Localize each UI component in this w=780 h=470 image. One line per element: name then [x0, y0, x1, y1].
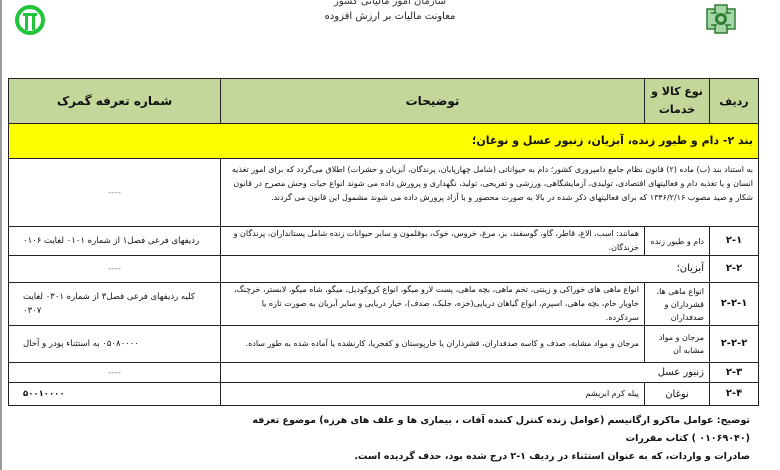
table-row: ۲-۲-۱ انواع ماهی ها، قشرداران و صدفداران…: [9, 283, 759, 326]
intro-tariff: ----: [9, 159, 221, 227]
row-goods: آبزیان؛: [221, 256, 710, 283]
emblem-logo-icon: [706, 4, 736, 34]
row-tariff: ۰۵۰۸۰۰۰۰ به استثناء پودر و آخال: [9, 326, 221, 363]
table-row: ۲-۲ آبزیان؛ ----: [9, 256, 759, 283]
row-tariff: ۵۰۰۱۰۰۰۰: [9, 383, 221, 406]
row-tariff: ردیفهای فرعی فصل۱ از شماره ۰۱۰۱ لغایت ۰۱…: [9, 227, 221, 256]
row-radif: ۲-۴: [710, 383, 759, 406]
intro-description: به استناد بند (ب) ماده (۲) قانون نظام جا…: [221, 159, 759, 227]
intro-row: به استناد بند (ب) ماده (۲) قانون نظام جا…: [9, 159, 759, 227]
section-title-row: بند ۲- دام و طیور زنده، آبزیان، زنبور عس…: [9, 124, 759, 159]
row-goods: نوغان: [645, 383, 710, 406]
row-goods: زنبور عسل: [221, 363, 710, 383]
row-tariff: ----: [9, 363, 221, 383]
column-header-tariff: شماره تعرفه گمرک: [9, 79, 221, 124]
table-header-row: ردیف نوع کالا و خدمات توضیحات شماره تعرف…: [9, 79, 759, 124]
table-row: ۲-۲-۲ مرجان و مواد مشابه آن مرجان و مواد…: [9, 326, 759, 363]
row-description: مرجان و مواد مشابه، صدف و کاسه صدفداران،…: [221, 326, 645, 363]
row-goods: انواع ماهی ها، قشرداران و صدفداران: [645, 283, 710, 326]
row-description: همانند: اسب، الاغ، قاطر، گاو، گوسفند، بز…: [221, 227, 645, 256]
page-edge: [0, 0, 2, 470]
row-goods: دام و طیور زنده: [645, 227, 710, 256]
tax-organization-logo-icon: [14, 4, 46, 36]
section-title: بند ۲- دام و طیور زنده، آبزیان، زنبور عس…: [9, 124, 759, 159]
row-tariff: ----: [9, 256, 221, 283]
row-description: پیله کرم ابریشم: [221, 383, 645, 406]
row-radif: ۲-۲-۱: [710, 283, 759, 326]
row-goods: مرجان و مواد مشابه آن: [645, 326, 710, 363]
footnote: توضیح: عوامل ماکرو ارگانیسم (عوامل زنده …: [230, 412, 750, 466]
tariff-table: ردیف نوع کالا و خدمات توضیحات شماره تعرف…: [8, 78, 759, 406]
column-header-radif: ردیف: [710, 79, 759, 124]
footnote-line-2: صادرات و واردات، که به عنوان استثناء در …: [230, 448, 750, 466]
row-radif: ۲-۱: [710, 227, 759, 256]
row-radif: ۲-۲: [710, 256, 759, 283]
row-radif: ۲-۲-۲: [710, 326, 759, 363]
row-radif: ۲-۳: [710, 363, 759, 383]
table-row: ۲-۴ نوغان پیله کرم ابریشم ۵۰۰۱۰۰۰۰: [9, 383, 759, 406]
column-header-goods: نوع کالا و خدمات: [645, 79, 710, 124]
row-description: انواع ماهی های خوراکی و زینتی، تخم ماهی،…: [221, 283, 645, 326]
organization-name: سازمان امور مالیاتی کشور: [250, 0, 530, 7]
table-row: ۲-۱ دام و طیور زنده همانند: اسب، الاغ، ق…: [9, 227, 759, 256]
column-header-description: توضیحات: [221, 79, 645, 124]
department-name: معاونت مالیات بر ارزش افزوده: [250, 11, 530, 22]
table-row: ۲-۳ زنبور عسل ----: [9, 363, 759, 383]
footnote-line-1: توضیح: عوامل ماکرو ارگانیسم (عوامل زنده …: [230, 412, 750, 448]
row-tariff: کلیه ردیفهای فرعی فصل۳ از شماره ۰۳۰۱ لغا…: [9, 283, 221, 326]
